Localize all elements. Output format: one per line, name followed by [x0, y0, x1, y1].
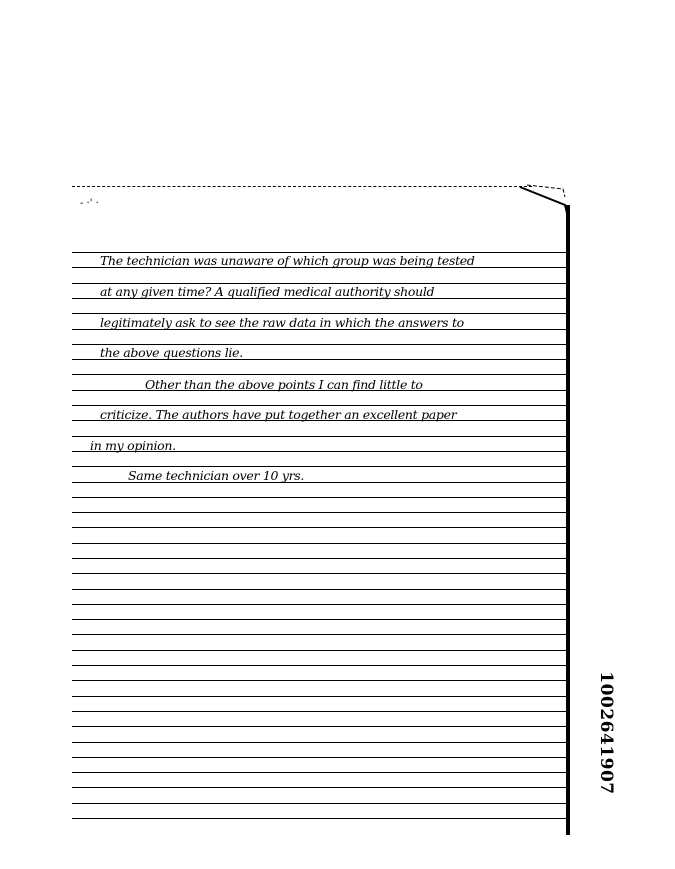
ruled-line — [72, 818, 566, 819]
ruled-line — [72, 634, 566, 635]
ruled-line — [72, 573, 566, 574]
handwritten-line-7: in my opinion. — [90, 438, 176, 453]
ruled-line — [72, 803, 566, 804]
ruled-line — [72, 589, 566, 590]
ruled-line — [72, 680, 566, 681]
ruled-line — [72, 696, 566, 697]
document-id-text: 1002641907 — [596, 671, 616, 794]
ruled-line — [72, 466, 566, 467]
ruled-line — [72, 558, 566, 559]
ruled-line — [72, 772, 566, 773]
top-left-marks: - ·' · — [80, 200, 99, 208]
ruled-line — [72, 436, 566, 437]
ruled-line — [72, 787, 566, 788]
handwritten-line-8: Same technician over 10 yrs. — [128, 468, 304, 483]
handwritten-line-6: criticize. The authors have put together… — [100, 407, 456, 422]
ruled-line — [72, 512, 566, 513]
ruled-line — [72, 726, 566, 727]
ruled-line — [72, 313, 566, 314]
ruled-line — [72, 374, 566, 375]
ruled-line — [72, 497, 566, 498]
handwritten-line-5: Other than the above points I can find l… — [145, 377, 423, 392]
ruled-line — [72, 742, 566, 743]
ruled-line — [72, 650, 566, 651]
ruled-line — [72, 543, 566, 544]
handwritten-line-3: legitimately ask to see the raw data in … — [100, 315, 464, 330]
ruled-line — [72, 757, 566, 758]
ruled-line — [72, 405, 566, 406]
handwritten-line-1: The technician was unaware of which grou… — [100, 253, 475, 268]
ruled-line — [72, 619, 566, 620]
ruled-line — [72, 604, 566, 605]
document-page: - ·' · The technician was unaware of whi… — [0, 0, 675, 869]
ruled-line — [72, 665, 566, 666]
handwritten-line-2: at any given time? A qualified medical a… — [100, 284, 434, 299]
right-margin-border — [566, 205, 570, 835]
document-id-stamp: 1002641907 — [596, 670, 616, 795]
ruled-line — [72, 527, 566, 528]
ruled-line — [72, 711, 566, 712]
top-dashed-rule — [72, 186, 532, 187]
handwritten-line-4: the above questions lie. — [100, 345, 243, 360]
